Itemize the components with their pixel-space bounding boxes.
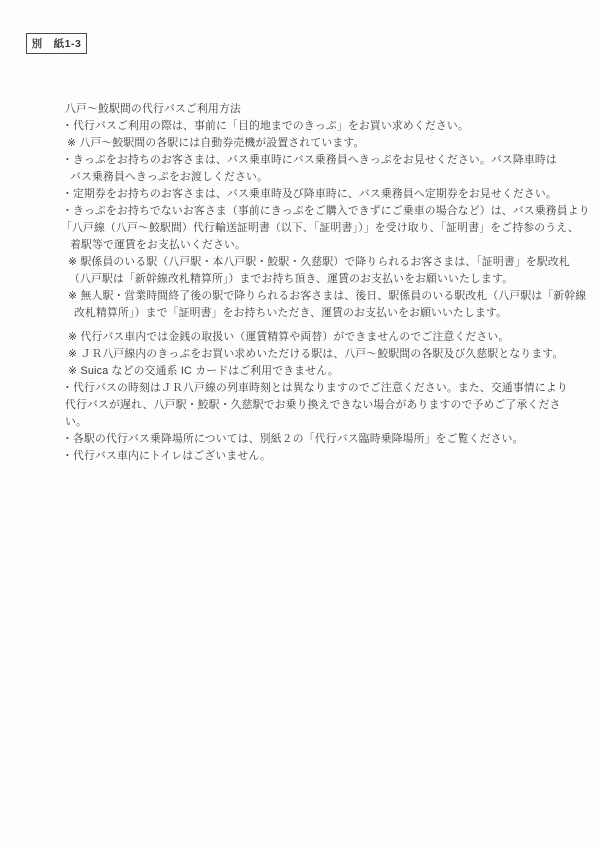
doc-line: ※ 駅係員のいる駅（八戸駅・本八戸駅・鮫駅・久慈駅）で降りられるお客さまは、「証… <box>0 254 600 271</box>
doc-line: 代行バスが遅れ、八戸駅・鮫駅・久慈駅でお乗り換えできない場合がありますので予めご… <box>0 397 600 414</box>
doc-line: ・きっぷをお持ちのお客さまは、バス乗車時にバス乗務員へきっぷをお見せください。バ… <box>0 152 600 169</box>
doc-line: ・代行バスご利用の際は、事前に「目的地までのきっぷ」をお買い求めください。 <box>0 118 600 135</box>
doc-line: ※ 八戸～鮫駅間の各駅には自動券売機が設置されています。 <box>0 135 600 152</box>
doc-line: 改札精算所」）まで「証明書」をお持ちいただき、運賃のお支払いをお願いいたします。 <box>0 305 600 322</box>
doc-line: ※ ＪＲ八戸線内のきっぷをお買い求めいただける駅は、八戸～鮫駅間の各駅及び久慈駅… <box>0 346 600 363</box>
doc-line: ・各駅の代行バス乗降場所については、別紙２の「代行バス臨時乗降場所」をご覧くださ… <box>0 431 600 448</box>
attachment-label-box: 別 紙1-3 <box>26 33 87 54</box>
doc-line: （八戸駅は「新幹線改札精算所」）までお持ち頂き、運賃のお支払いをお願いいたします… <box>0 271 600 288</box>
document-body: 八戸～鮫駅間の代行バスご利用方法 ・代行バスご利用の際は、事前に「目的地までのき… <box>0 101 600 465</box>
attachment-label: 別 紙1-3 <box>32 36 82 51</box>
doc-line: ・定期券をお持ちのお客さまは、バス乗車時及び降車時に、バス乗務員へ定期券をお見せ… <box>0 186 600 203</box>
doc-line: い。 <box>0 414 600 431</box>
doc-line: 「八戸線（八戸～鮫駅間）代行輸送証明書（以下、「証明書」）」を受け取り、「証明書… <box>0 220 600 237</box>
doc-line: バス乗務員へきっぷをお渡しください。 <box>0 169 600 186</box>
doc-line: ・代行バスの時刻はＪＲ八戸線の列車時刻とは異なりますのでご注意ください。また、交… <box>0 380 600 397</box>
doc-line: 着駅等で運賃をお支払いください。 <box>0 237 600 254</box>
doc-line: ※ 無人駅・営業時間終了後の駅で降りられるお客さまは、後日、駅係員のいる駅改札（… <box>0 288 600 305</box>
doc-line: ※ 代行バス車内では金銭の取扱い（運賃精算や両替）ができませんのでご注意ください… <box>0 329 600 346</box>
scanned-document-page: 別 紙1-3 八戸～鮫駅間の代行バスご利用方法 ・代行バスご利用の際は、事前に「… <box>0 0 600 849</box>
doc-line: ※ Suica などの交通系 IC カードはご利用できません。 <box>0 363 600 380</box>
doc-line: ・代行バス車内にトイレはございません。 <box>0 448 600 465</box>
doc-line: ・きっぷをお持ちでないお客さま（事前にきっぷをご購入できずにご乗車の場合など）は… <box>0 203 600 220</box>
doc-title: 八戸～鮫駅間の代行バスご利用方法 <box>0 101 600 118</box>
